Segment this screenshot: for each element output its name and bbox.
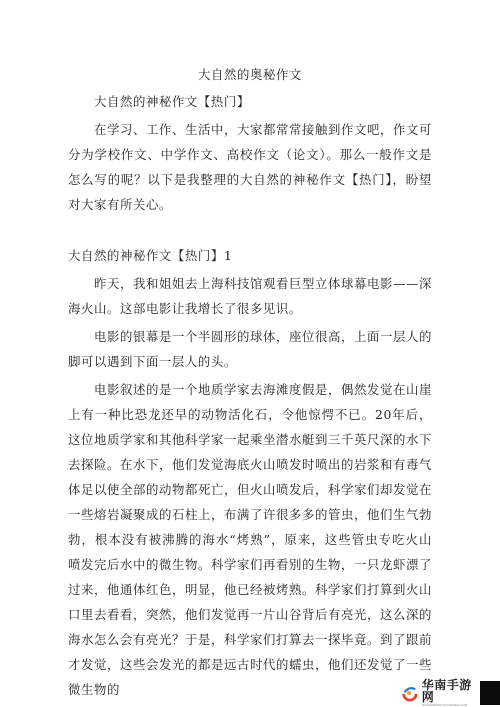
watermark-badge: 华南手游网 HUANANSHOUYOUWANG.COM (398, 681, 480, 705)
watermark-brand: 华南手游网 (422, 679, 478, 703)
document-page: 大自然的奥秘作文 大自然的神秘作文【热门】 在学习、工作、生活中，大家都常常接触… (68, 62, 432, 702)
watermark-text-group: 华南手游网 HUANANSHOUYOUWANG.COM (422, 679, 478, 707)
watermark-subtext: HUANANSHOUYOUWANG.COM (422, 704, 478, 707)
watermark-dark-block (480, 681, 500, 705)
intro-paragraph: 在学习、工作、生活中，大家都常常接触到作文吧，作文可分为学校作文、中学作文、高校… (68, 117, 432, 217)
swirl-logo-icon (401, 683, 419, 703)
document-subtitle: 大自然的神秘作文【热门】 (68, 89, 432, 114)
body-paragraph-3: 电影叙述的是一个地质学家去海滩度假是，偶然发觉在山崖上有一种比恐龙还早的动物活化… (68, 377, 432, 702)
body-paragraph-2: 电影的银幕是一个半圆形的球体，座位很高，上面一层人的脚可以遇到下面一层人的头。 (68, 324, 432, 374)
document-title: 大自然的奥秘作文 (68, 62, 432, 87)
site-watermark: 华南手游网 HUANANSHOUYOUWANG.COM (398, 678, 500, 707)
section-heading: 大自然的神秘作文【热门】1 (68, 243, 432, 268)
body-paragraph-1: 昨天，我和姐姐去上海科技馆观看巨型立体球幕电影——深海火山。这部电影让我增长了很… (68, 271, 432, 321)
